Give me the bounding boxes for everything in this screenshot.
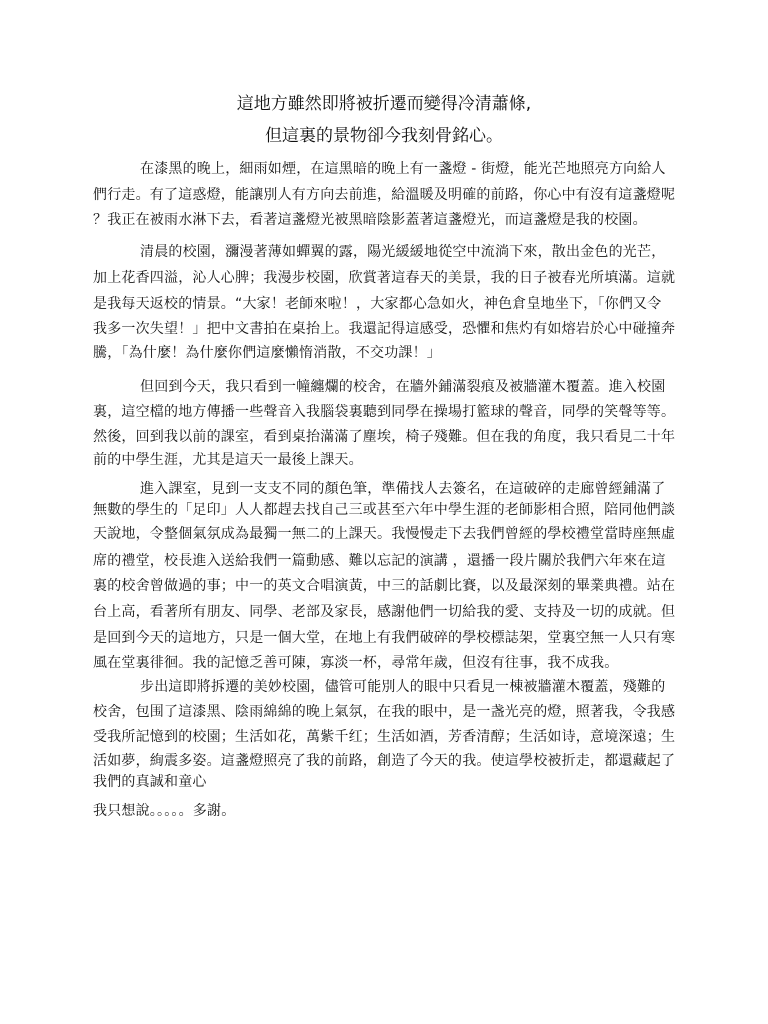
paragraph-2-line: 是我每天返校的情景。“大家！老師來啦！，大家都心急如火，神色倉皇地坐下，「你們又…: [93, 293, 661, 313]
paragraph-1-line: 們行走。有了這惑燈，能讓別人有方向去前進，給溫暖及明確的前路，你心中有沒有這盞燈…: [93, 184, 675, 204]
paragraph-4-line: 進入課室，見到一支支不同的顏色筆，準備找人去簽名，在這破碎的走廊曾經鋪滿了: [140, 478, 665, 498]
paragraph-4-line: 無數的學生的「足印」人人都趕去找自己三或甚至六年中學生涯的老師影相合照，陪同他們…: [93, 499, 675, 519]
paragraph-4-line: 席的禮堂，校長進入送給我們一篇動感、難以忘記的演講 ，還播一段片關於我們六年來在…: [93, 550, 666, 570]
paragraph-5-line: 步出這即將拆遷的美妙校園，儘管可能別人的眼中只看見一棟被牆灌木覆蓋，殘難的: [140, 676, 665, 696]
paragraph-4-line: 天說地，令整個氣氛成為最獨一無二的上課天。我慢慢走下去我們曾經的學校禮堂當時座無…: [93, 523, 675, 543]
paragraph-5-line: 活如夢，絢震多姿。這盞燈照亮了我的前路，創造了今天的我。使這學校被折走，都還藏起…: [93, 750, 675, 770]
paragraph-4-line: 台上高，看著所有朋友、同學、老部及家長，感謝他們一切給我的愛、支持及一切的成就。…: [93, 601, 675, 621]
paragraph-4-line: 裏的校舍曾做過的事；中一的英文合唱演黃，中三的話劇比賽，以及最深刻的畢業典禮。站…: [93, 575, 675, 595]
paragraph-1-line: 在漆黑的晚上，細雨如煙，在這黑暗的晚上有一盞燈 - 街燈，能光芒地照亮方向給人: [140, 158, 666, 178]
paragraph-5-line: 我們的真誠和童心: [93, 771, 207, 791]
paragraph-5-line: 校舍，包围了這漆黑、陰雨綿綿的晚上氣氛，在我的眼中，是一盏光亮的燈，照著我，令我…: [93, 701, 675, 721]
paragraph-3-line: 但回到今天，我只看到一幢纏爛的校舍，在牆外鋪滿裂痕及被牆灌木覆蓋。進入校園: [140, 376, 665, 396]
paragraph-3-line: 前的中學生涯，尤其是這天一最後上課天。: [93, 449, 363, 469]
paragraph-1-line: ？我正在被雨水淋下去，看著這盞燈光被黑暗陰影蓋著這盞燈光，而這盞燈是我的校園。: [93, 209, 647, 229]
paragraph-2-line: 騰，「為什麼！為什麼你們這麼懶惰消散，不交功課！」: [93, 342, 441, 362]
paragraph-2-line: 清晨的校園，瀰漫著薄如蟬翼的露，陽光緩緩地從空中流淌下來，散出金色的光芒，: [140, 241, 665, 261]
title-line-2: 但這裏的景物卻今我刻骨銘心。: [0, 121, 768, 146]
paragraph-4-line: 是回到今天的這地方，只是一個大堂，在地上有我們破碎的學校標誌架，堂裏空無一人只有…: [93, 627, 675, 647]
paragraph-3-line: 裏，這空檔的地方傳播一些聲音入我腦袋裏聽到同學在操場打籃球的聲音，同學的笑聲等等…: [93, 401, 675, 421]
paragraph-4-line: 風在堂裏徘徊。我的記憶乏善可陳，寡淡一杯，尋常年歲，但沒有往事，我不成我。: [93, 652, 618, 672]
paragraph-2-line: 我多一次失望！」把中文書拍在桌抬上。我還記得這感受，恐懼和焦灼有如熔岩於心中碰撞…: [93, 318, 675, 338]
document-page: 這地方雖然即將被折遷而變得冷清蕭條, 但這裏的景物卻今我刻骨銘心。 在漆黑的晚上…: [0, 0, 768, 1024]
paragraph-3-line: 然後，回到我以前的課室，看到桌抬滿滿了塵埃，椅子殘難。但在我的角度，我只看見二十…: [93, 426, 675, 446]
closing-line: 我只想說。。。。。多謝。: [93, 800, 235, 820]
paragraph-2-line: 加上花香四溢，沁人心脾；我漫步校園，欣賞著這春天的美景，我的日子被春光所填滿。這…: [93, 267, 675, 287]
paragraph-5-line: 受我所記憶到的校園；生活如花，萬紫千红；生活如酒，芳香清醇；生活如诗，意境深遠；…: [93, 726, 675, 746]
title-line-1: 這地方雖然即將被折遷而變得冷清蕭條,: [0, 89, 768, 114]
